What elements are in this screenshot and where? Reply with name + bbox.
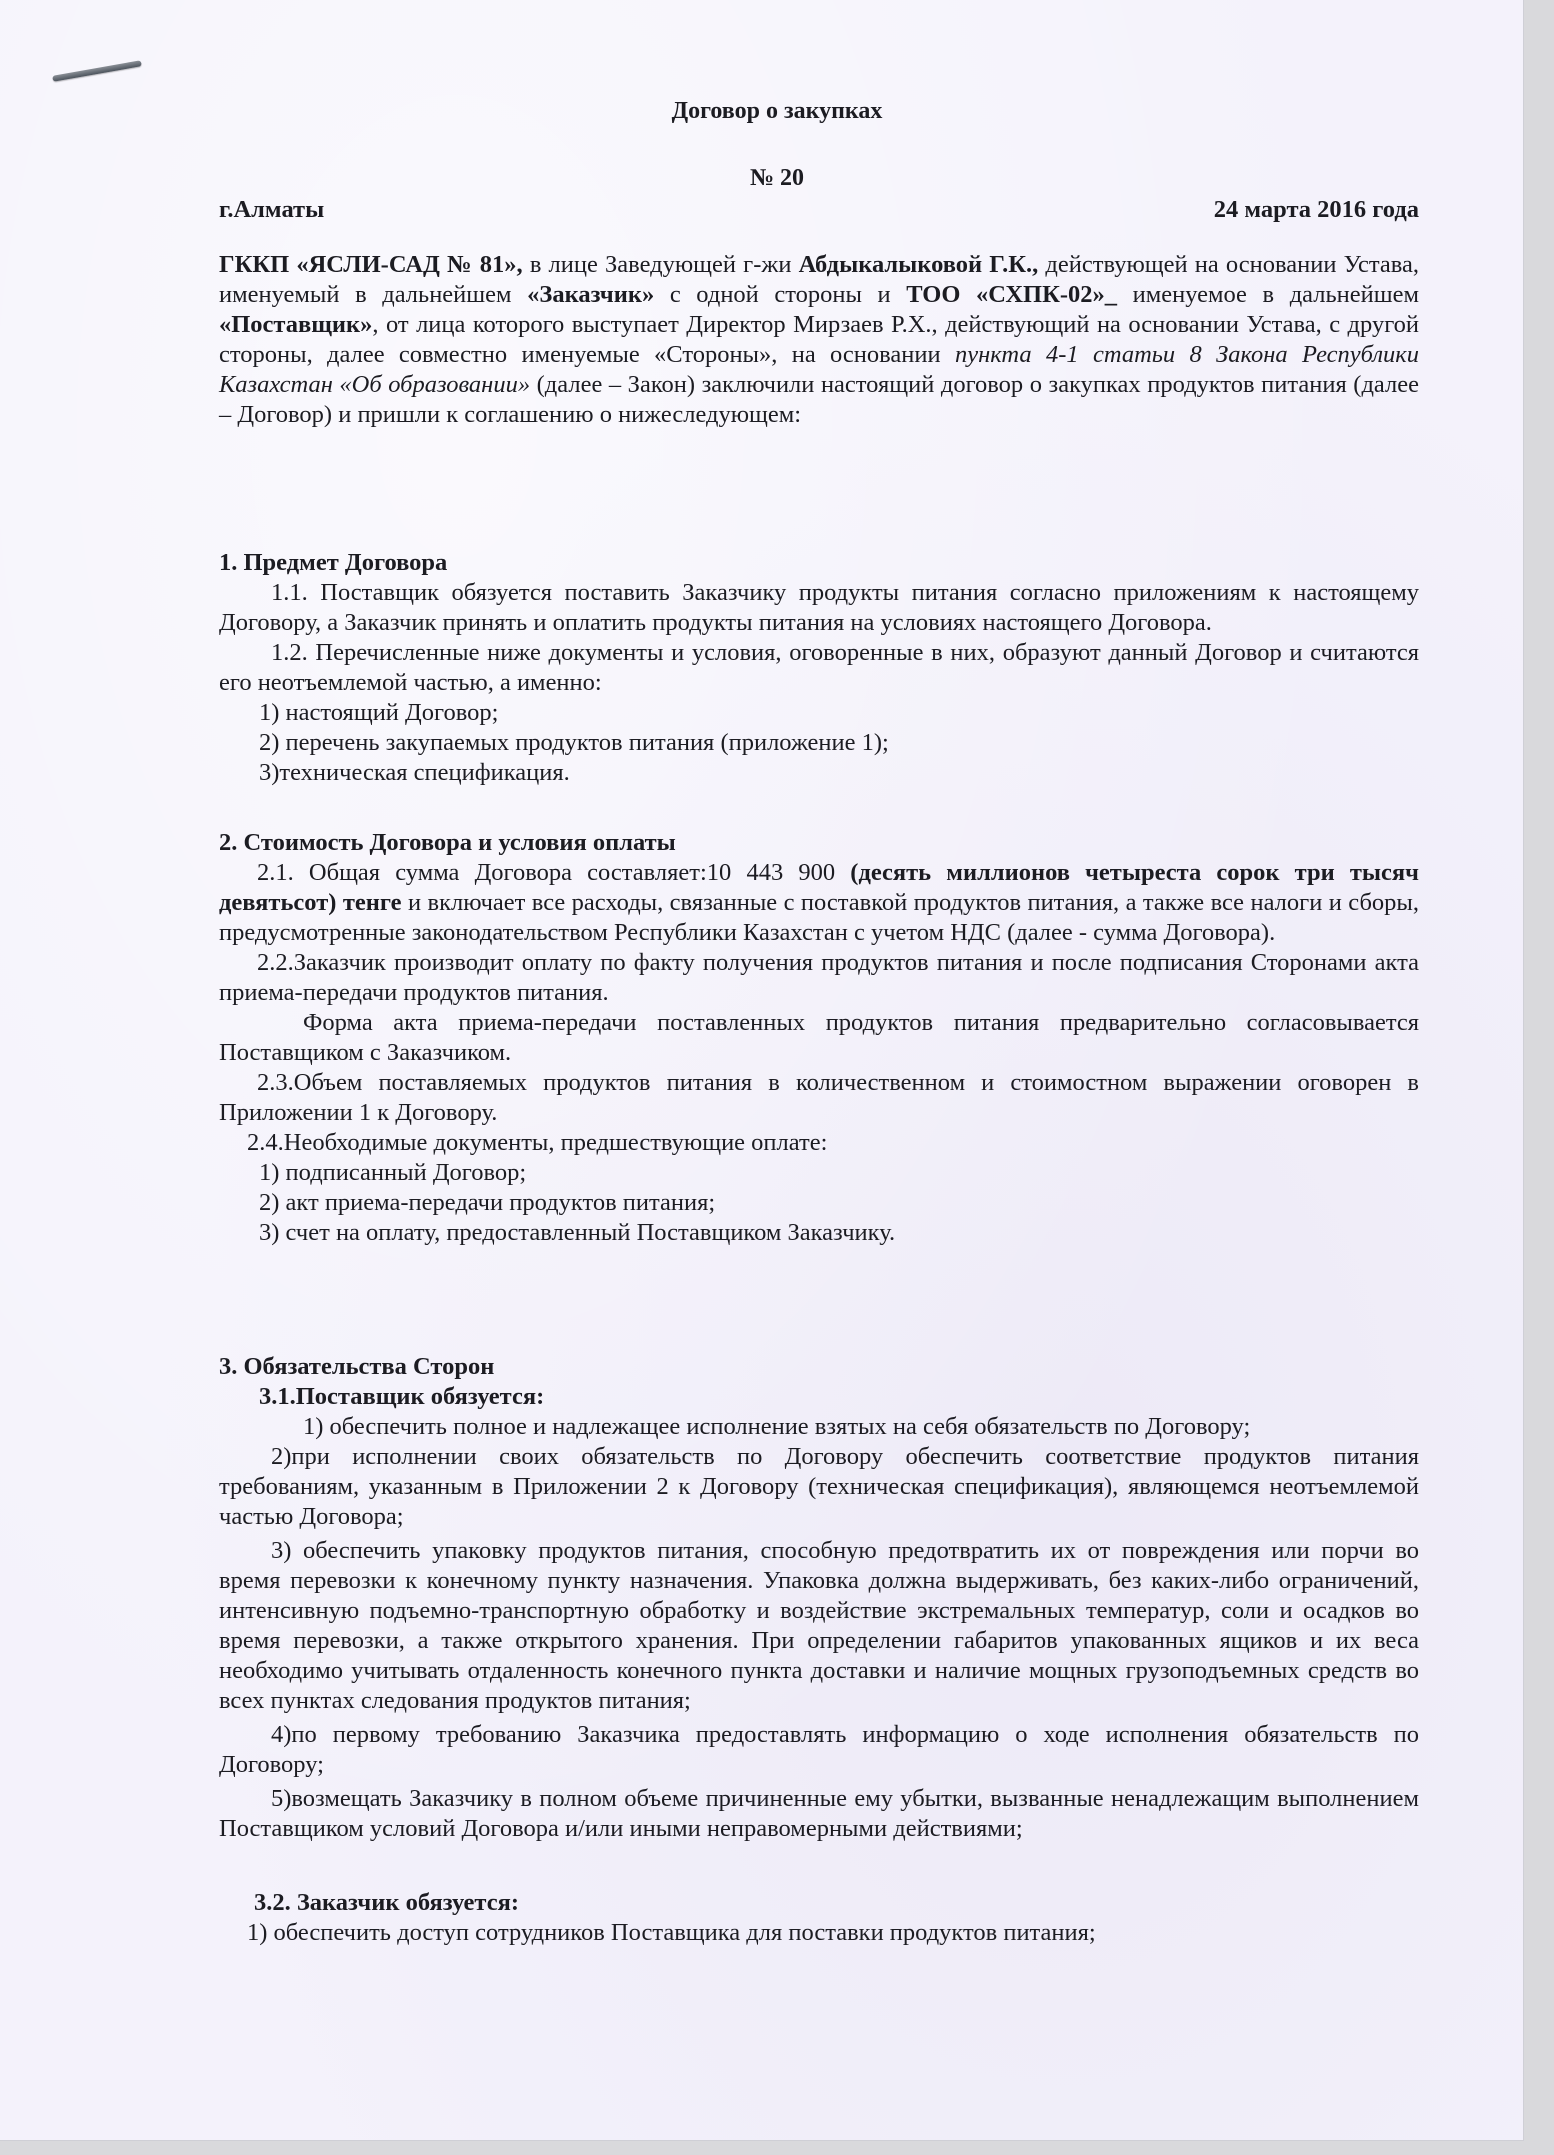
place-date-row: г.Алматы 24 марта 2016 года bbox=[219, 196, 1419, 224]
customer-alias: «Заказчик» bbox=[527, 281, 654, 308]
section-1-heading: 1. Предмет Договора bbox=[219, 548, 1419, 578]
list-item: 3) обеспечить упаковку продуктов питания… bbox=[219, 1536, 1419, 1716]
clause-2-2-form: Форма акта приема-передачи поставленных … bbox=[219, 1008, 1419, 1068]
list-item: 2) акт приема-передачи продуктов питания… bbox=[219, 1188, 1419, 1218]
clause-2-3: 2.3.Объем поставляемых продуктов питания… bbox=[219, 1068, 1419, 1128]
section-2: 2. Стоимость Договора и условия оплаты 2… bbox=[219, 828, 1419, 1248]
preamble-text: с одной стороны и bbox=[654, 281, 906, 308]
customer-head: Абдыкалыковой Г.К., bbox=[799, 251, 1039, 278]
list-item: 4)по первому требованию Заказчика предос… bbox=[219, 1720, 1419, 1780]
clause-1-1: 1.1. Поставщик обязуется поставить Заказ… bbox=[219, 578, 1419, 638]
section-3: 3. Обязательства Сторон 3.1.Поставщик об… bbox=[219, 1352, 1419, 1948]
subsection-3-2-heading: 3.2. Заказчик обязуется: bbox=[219, 1888, 1419, 1918]
section-1: 1. Предмет Договора 1.1. Поставщик обязу… bbox=[219, 548, 1419, 788]
subsection-3-1-heading: 3.1.Поставщик обязуется: bbox=[219, 1382, 1419, 1412]
preamble-text: именуемое в дальнейшем bbox=[1117, 281, 1419, 308]
list-item: 2) перечень закупаемых продуктов питания… bbox=[219, 728, 1419, 758]
list-item: 3) счет на оплату, предоставленный Поста… bbox=[219, 1218, 1419, 1248]
supplier-org: ТОО «СХПК-02»_ bbox=[906, 281, 1117, 308]
clause-text: 2.1. Общая сумма Договора составляет:10 … bbox=[257, 859, 850, 886]
list-item: 1) подписанный Договор; bbox=[219, 1158, 1419, 1188]
list-item: 2)при исполнении своих обязательств по Д… bbox=[219, 1442, 1419, 1532]
clause-2-1: 2.1. Общая сумма Договора составляет:10 … bbox=[219, 858, 1419, 948]
city: г.Алматы bbox=[219, 196, 324, 224]
scanned-page: Договор о закупках № 20 г.Алматы 24 март… bbox=[0, 0, 1524, 2141]
section-3-heading: 3. Обязательства Сторон bbox=[219, 1352, 1419, 1382]
document-title: Договор о закупках bbox=[0, 98, 1554, 125]
preamble-text: в лице Заведующей г-жи bbox=[523, 251, 799, 278]
date: 24 марта 2016 года bbox=[1214, 196, 1419, 224]
clause-2-2: 2.2.Заказчик производит оплату по факту … bbox=[219, 948, 1419, 1008]
preamble: ГККП «ЯСЛИ-САД № 81», в лице Заведующей … bbox=[219, 250, 1419, 430]
clause-1-2: 1.2. Перечисленные ниже документы и усло… bbox=[219, 638, 1419, 698]
list-item: 3)техническая спецификация. bbox=[219, 758, 1419, 788]
staple-mark bbox=[52, 60, 142, 82]
section-2-heading: 2. Стоимость Договора и условия оплаты bbox=[219, 828, 1419, 858]
list-item: 1) обеспечить доступ сотрудников Поставщ… bbox=[219, 1918, 1419, 1948]
clause-2-4: 2.4.Необходимые документы, предшествующи… bbox=[219, 1128, 1419, 1158]
list-item: 1) обеспечить полное и надлежащее исполн… bbox=[219, 1412, 1419, 1442]
supplier-alias: «Поставщик» bbox=[219, 311, 372, 338]
list-item: 5)возмещать Заказчику в полном объеме пр… bbox=[219, 1784, 1419, 1844]
list-item: 1) настоящий Договор; bbox=[219, 698, 1419, 728]
customer-org: ГККП «ЯСЛИ-САД № 81», bbox=[219, 251, 523, 278]
document-number: № 20 bbox=[0, 165, 1554, 192]
